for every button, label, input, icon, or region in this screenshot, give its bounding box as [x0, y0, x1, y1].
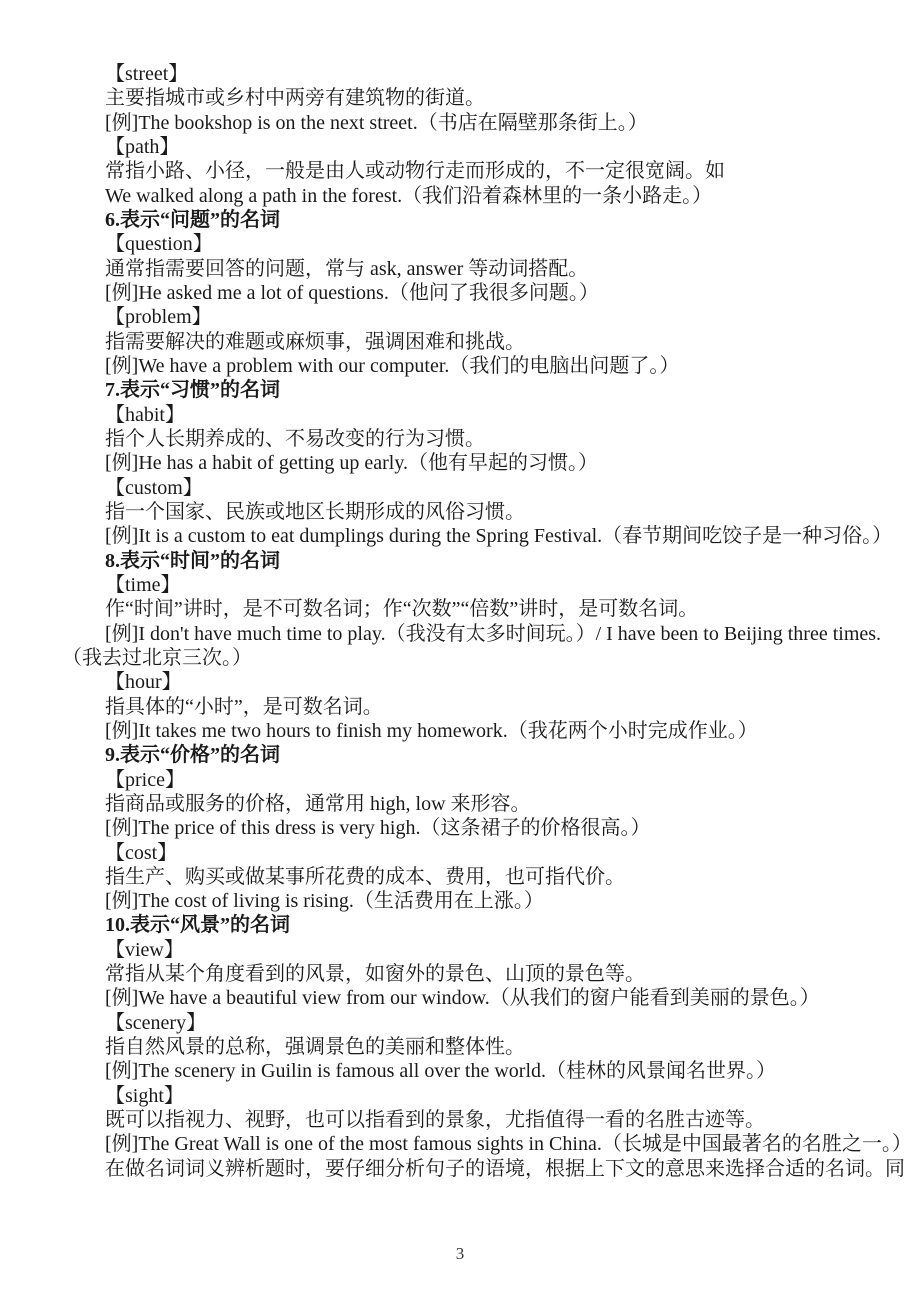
body-paragraph: [例]We have a problem with our computer.（… — [62, 354, 908, 378]
term-heading: 【hour】 — [62, 670, 908, 694]
document-content: 【street】主要指城市或乡村中两旁有建筑物的街道。[例]The booksh… — [62, 62, 908, 1181]
body-paragraph: 指具体的“小时”，是可数名词。 — [62, 695, 908, 719]
term-heading: 【price】 — [62, 768, 908, 792]
body-paragraph: 通常指需要回答的问题，常与 ask, answer 等动词搭配。 — [62, 257, 908, 281]
body-paragraph: [例]The cost of living is rising.（生活费用在上涨… — [62, 889, 908, 913]
body-paragraph: [例]The bookshop is on the next street.（书… — [62, 111, 908, 135]
body-paragraph: [例]It is a custom to eat dumplings durin… — [62, 524, 908, 548]
page-footer: 3 — [0, 1242, 920, 1266]
body-paragraph: We walked along a path in the forest.（我们… — [62, 184, 908, 208]
body-paragraph: 常指从某个角度看到的风景，如窗外的景色、山顶的景色等。 — [62, 962, 908, 986]
body-paragraph: [例]The scenery in Guilin is famous all o… — [62, 1059, 908, 1083]
term-heading: 【cost】 — [62, 841, 908, 865]
body-paragraph: [例]He has a habit of getting up early.（他… — [62, 451, 908, 475]
term-heading: 【question】 — [62, 232, 908, 256]
page-number: 3 — [456, 1244, 465, 1263]
body-paragraph: 指生产、购买或做某事所花费的成本、费用，也可指代价。 — [62, 865, 908, 889]
term-heading: 【problem】 — [62, 305, 908, 329]
term-heading: 【street】 — [62, 62, 908, 86]
section-heading: 6.表示“问题”的名词 — [62, 208, 908, 232]
body-paragraph: 指一个国家、民族或地区长期形成的风俗习惯。 — [62, 500, 908, 524]
body-paragraph: [例]The Great Wall is one of the most fam… — [62, 1132, 908, 1156]
body-paragraph: [例]He asked me a lot of questions.（他问了我很… — [62, 281, 908, 305]
term-heading: 【custom】 — [62, 476, 908, 500]
section-heading: 9.表示“价格”的名词 — [62, 743, 908, 767]
body-paragraph: 指商品或服务的价格，通常用 high, low 来形容。 — [62, 792, 908, 816]
term-heading: 【time】 — [62, 573, 908, 597]
term-heading: 【scenery】 — [62, 1011, 908, 1035]
body-paragraph: 既可以指视力、视野，也可以指看到的景象，尤指值得一看的名胜古迹等。 — [62, 1108, 908, 1132]
body-paragraph: 常指小路、小径，一般是由人或动物行走而形成的，不一定很宽阔。如 — [62, 159, 908, 183]
body-paragraph: 在做名词词义辨析题时，要仔细分析句子的语境，根据上下文的意思来选择合适的名词。同 — [62, 1157, 908, 1181]
document-page: 【street】主要指城市或乡村中两旁有建筑物的街道。[例]The booksh… — [0, 0, 920, 1302]
body-paragraph: 指需要解决的难题或麻烦事，强调困难和挑战。 — [62, 330, 908, 354]
body-paragraph: [例]The price of this dress is very high.… — [62, 816, 908, 840]
body-paragraph: 主要指城市或乡村中两旁有建筑物的街道。 — [62, 86, 908, 110]
body-paragraph: 指个人长期养成的、不易改变的行为习惯。 — [62, 427, 908, 451]
body-paragraph: 指自然风景的总称，强调景色的美丽和整体性。 — [62, 1035, 908, 1059]
section-heading: 8.表示“时间”的名词 — [62, 549, 908, 573]
term-heading: 【view】 — [62, 938, 908, 962]
section-heading: 10.表示“风景”的名词 — [62, 913, 908, 937]
term-heading: 【sight】 — [62, 1084, 908, 1108]
section-heading: 7.表示“习惯”的名词 — [62, 378, 908, 402]
body-paragraph: [例]I don't have much time to play.（我没有太多… — [62, 622, 908, 671]
body-paragraph: [例]We have a beautiful view from our win… — [62, 986, 908, 1010]
term-heading: 【path】 — [62, 135, 908, 159]
term-heading: 【habit】 — [62, 403, 908, 427]
body-paragraph: [例]It takes me two hours to finish my ho… — [62, 719, 908, 743]
body-paragraph: 作“时间”讲时，是不可数名词；作“次数”“倍数”讲时，是可数名词。 — [62, 597, 908, 621]
